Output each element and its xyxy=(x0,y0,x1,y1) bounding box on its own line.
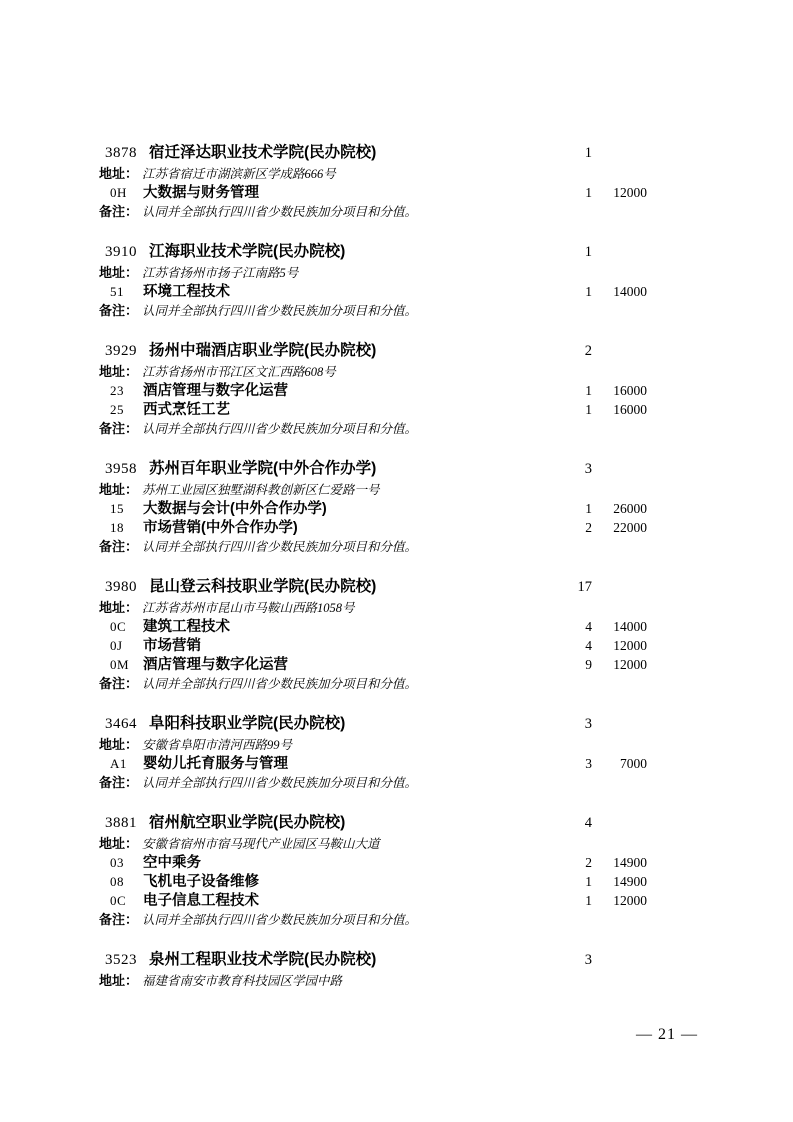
major-code: 0C xyxy=(110,617,132,636)
school-name: 昆山登云科技职业学院(民办院校) xyxy=(149,578,376,595)
note-row: 备注： 认同并全部执行四川省少数民族加分项目和分值。 xyxy=(99,537,647,556)
major-count: 1 xyxy=(552,400,592,419)
major-name: 建筑工程技术 xyxy=(143,619,230,635)
major-code: 15 xyxy=(110,499,132,518)
major-tuition: 12000 xyxy=(592,636,647,655)
major-count: 3 xyxy=(552,754,592,773)
school-block: 3878 宿迁泽达职业技术学院(民办院校) 1 地址： 江苏省宿迁市湖滨新区学成… xyxy=(99,142,647,221)
address-text: 苏州工业园区独墅湖科教创新区仁爱路一号 xyxy=(142,481,380,500)
school-block: 3464 阜阳科技职业学院(民办院校) 3 地址： 安徽省阜阳市清河西路99号 … xyxy=(99,713,647,792)
school-header-row: 3523 泉州工程职业技术学院(民办院校) 3 xyxy=(99,949,647,971)
major-tuition: 14900 xyxy=(592,853,647,872)
school-code: 3878 xyxy=(105,145,137,161)
note-text: 认同并全部执行四川省少数民族加分项目和分值。 xyxy=(142,675,417,694)
major-count: 1 xyxy=(552,499,592,518)
major-title: 0M 酒店管理与数字化运营 xyxy=(99,655,552,675)
address-label: 地址： xyxy=(99,735,138,754)
major-name: 市场营销 xyxy=(143,638,201,654)
major-count: 4 xyxy=(552,617,592,636)
address-label: 地址： xyxy=(99,971,138,990)
major-name: 环境工程技术 xyxy=(143,284,230,300)
address-text: 安徽省宿州市宿马现代产业园区马鞍山大道 xyxy=(142,835,380,854)
major-name: 飞机电子设备维修 xyxy=(143,874,259,890)
school-title: 3881 宿州航空职业学院(民办院校) xyxy=(99,812,552,834)
school-title: 3980 昆山登云科技职业学院(民办院校) xyxy=(99,576,552,598)
major-row: 08 飞机电子设备维修 1 14900 xyxy=(99,872,647,891)
address-row: 地址： 江苏省苏州市昆山市马鞍山西路1058号 xyxy=(99,598,647,617)
document-page: 3878 宿迁泽达职业技术学院(民办院校) 1 地址： 江苏省宿迁市湖滨新区学成… xyxy=(0,0,793,1122)
school-header-row: 3881 宿州航空职业学院(民办院校) 4 xyxy=(99,812,647,834)
major-count: 4 xyxy=(552,636,592,655)
major-tuition: 14000 xyxy=(592,617,647,636)
major-row: 0C 电子信息工程技术 1 12000 xyxy=(99,891,647,910)
major-tuition: 16000 xyxy=(592,400,647,419)
major-name: 电子信息工程技术 xyxy=(143,893,259,909)
address-row: 地址： 江苏省扬州市扬子江南路5号 xyxy=(99,263,647,282)
major-code: 18 xyxy=(110,518,132,537)
major-title: 23 酒店管理与数字化运营 xyxy=(99,381,552,401)
school-name: 扬州中瑞酒店职业学院(民办院校) xyxy=(149,342,376,359)
major-title: 0J 市场营销 xyxy=(99,636,552,656)
address-text: 江苏省扬州市邗江区文汇西路608号 xyxy=(142,363,336,382)
major-title: 25 西式烹饪工艺 xyxy=(99,400,552,420)
major-count: 1 xyxy=(552,872,592,891)
major-count: 2 xyxy=(552,518,592,537)
address-label: 地址： xyxy=(99,164,138,183)
school-plan-count: 3 xyxy=(552,458,592,480)
school-name: 江海职业技术学院(民办院校) xyxy=(149,243,345,260)
major-code: 08 xyxy=(110,872,132,891)
major-tuition: 14000 xyxy=(592,282,647,301)
major-list: A1 婴幼儿托育服务与管理 3 7000 xyxy=(99,754,647,773)
major-code: 51 xyxy=(110,282,132,301)
major-row: 51 环境工程技术 1 14000 xyxy=(99,282,647,301)
school-name: 泉州工程职业技术学院(民办院校) xyxy=(149,951,376,968)
major-code: 0H xyxy=(110,183,132,202)
major-row: 23 酒店管理与数字化运营 1 16000 xyxy=(99,381,647,400)
school-name: 宿迁泽达职业技术学院(民办院校) xyxy=(149,144,376,161)
school-block: 3910 江海职业技术学院(民办院校) 1 地址： 江苏省扬州市扬子江南路5号 … xyxy=(99,241,647,320)
address-row: 地址： 江苏省扬州市邗江区文汇西路608号 xyxy=(99,362,647,381)
major-code: 23 xyxy=(110,381,132,400)
note-row: 备注： 认同并全部执行四川省少数民族加分项目和分值。 xyxy=(99,910,647,929)
school-title: 3910 江海职业技术学院(民办院校) xyxy=(99,241,552,263)
school-plan-count: 1 xyxy=(552,241,592,263)
major-row: 0M 酒店管理与数字化运营 9 12000 xyxy=(99,655,647,674)
address-text: 江苏省扬州市扬子江南路5号 xyxy=(142,264,298,283)
major-row: 15 大数据与会计(中外合作办学) 1 26000 xyxy=(99,499,647,518)
major-tuition: 12000 xyxy=(592,891,647,910)
major-title: 0C 电子信息工程技术 xyxy=(99,891,552,911)
major-code: 0C xyxy=(110,891,132,910)
note-text: 认同并全部执行四川省少数民族加分项目和分值。 xyxy=(142,203,417,222)
school-code: 3958 xyxy=(105,461,137,477)
note-label: 备注： xyxy=(99,674,138,693)
school-title: 3523 泉州工程职业技术学院(民办院校) xyxy=(99,949,552,971)
address-label: 地址： xyxy=(99,480,138,499)
school-header-row: 3980 昆山登云科技职业学院(民办院校) 17 xyxy=(99,576,647,598)
school-header-row: 3958 苏州百年职业学院(中外合作办学) 3 xyxy=(99,458,647,480)
address-label: 地址： xyxy=(99,834,138,853)
major-name: 婴幼儿托育服务与管理 xyxy=(143,756,288,772)
note-label: 备注： xyxy=(99,910,138,929)
major-row: 25 西式烹饪工艺 1 16000 xyxy=(99,400,647,419)
page-footer: — 21 — xyxy=(636,1026,698,1044)
address-text: 江苏省宿迁市湖滨新区学成路666号 xyxy=(142,165,336,184)
major-list: 23 酒店管理与数字化运营 1 16000 25 西式烹饪工艺 1 16000 xyxy=(99,381,647,419)
address-label: 地址： xyxy=(99,598,138,617)
major-list: 15 大数据与会计(中外合作办学) 1 26000 18 市场营销(中外合作办学… xyxy=(99,499,647,537)
note-label: 备注： xyxy=(99,202,138,221)
note-row: 备注： 认同并全部执行四川省少数民族加分项目和分值。 xyxy=(99,202,647,221)
major-title: 15 大数据与会计(中外合作办学) xyxy=(99,499,552,519)
major-count: 1 xyxy=(552,891,592,910)
major-count: 2 xyxy=(552,853,592,872)
school-block: 3881 宿州航空职业学院(民办院校) 4 地址： 安徽省宿州市宿马现代产业园区… xyxy=(99,812,647,929)
school-plan-count: 3 xyxy=(552,949,592,971)
major-code: 25 xyxy=(110,400,132,419)
school-block: 3523 泉州工程职业技术学院(民办院校) 3 地址： 福建省南安市教育科技园区… xyxy=(99,949,647,990)
school-name: 阜阳科技职业学院(民办院校) xyxy=(149,715,345,732)
note-row: 备注： 认同并全部执行四川省少数民族加分项目和分值。 xyxy=(99,773,647,792)
school-header-row: 3878 宿迁泽达职业技术学院(民办院校) 1 xyxy=(99,142,647,164)
address-row: 地址： 福建省南安市教育科技园区学园中路 xyxy=(99,971,647,990)
school-block: 3929 扬州中瑞酒店职业学院(民办院校) 2 地址： 江苏省扬州市邗江区文汇西… xyxy=(99,340,647,438)
school-code: 3980 xyxy=(105,579,137,595)
major-count: 1 xyxy=(552,282,592,301)
school-plan-count: 2 xyxy=(552,340,592,362)
major-tuition: 12000 xyxy=(592,655,647,674)
major-title: A1 婴幼儿托育服务与管理 xyxy=(99,754,552,774)
note-text: 认同并全部执行四川省少数民族加分项目和分值。 xyxy=(142,774,417,793)
major-row: 0J 市场营销 4 12000 xyxy=(99,636,647,655)
major-list: 0C 建筑工程技术 4 14000 0J 市场营销 4 12000 0M 酒店管… xyxy=(99,617,647,674)
note-row: 备注： 认同并全部执行四川省少数民族加分项目和分值。 xyxy=(99,419,647,438)
major-row: 18 市场营销(中外合作办学) 2 22000 xyxy=(99,518,647,537)
major-name: 空中乘务 xyxy=(143,855,201,871)
school-block: 3980 昆山登云科技职业学院(民办院校) 17 地址： 江苏省苏州市昆山市马鞍… xyxy=(99,576,647,693)
school-code: 3464 xyxy=(105,716,137,732)
major-name: 大数据与会计(中外合作办学) xyxy=(143,501,327,517)
address-row: 地址： 江苏省宿迁市湖滨新区学成路666号 xyxy=(99,164,647,183)
note-label: 备注： xyxy=(99,419,138,438)
major-name: 大数据与财务管理 xyxy=(143,185,259,201)
major-tuition: 22000 xyxy=(592,518,647,537)
school-code: 3881 xyxy=(105,815,137,831)
note-text: 认同并全部执行四川省少数民族加分项目和分值。 xyxy=(142,302,417,321)
major-code: 03 xyxy=(110,853,132,872)
school-header-row: 3929 扬州中瑞酒店职业学院(民办院校) 2 xyxy=(99,340,647,362)
major-row: 03 空中乘务 2 14900 xyxy=(99,853,647,872)
major-list: 51 环境工程技术 1 14000 xyxy=(99,282,647,301)
major-list: 03 空中乘务 2 14900 08 飞机电子设备维修 1 14900 0C 电… xyxy=(99,853,647,910)
school-header-row: 3464 阜阳科技职业学院(民办院校) 3 xyxy=(99,713,647,735)
school-header-row: 3910 江海职业技术学院(民办院校) 1 xyxy=(99,241,647,263)
school-name: 宿州航空职业学院(民办院校) xyxy=(149,814,345,831)
address-row: 地址： 安徽省阜阳市清河西路99号 xyxy=(99,735,647,754)
major-count: 1 xyxy=(552,381,592,400)
major-name: 酒店管理与数字化运营 xyxy=(143,383,288,399)
note-row: 备注： 认同并全部执行四川省少数民族加分项目和分值。 xyxy=(99,674,647,693)
major-title: 08 飞机电子设备维修 xyxy=(99,872,552,892)
major-name: 市场营销(中外合作办学) xyxy=(143,520,298,536)
school-code: 3910 xyxy=(105,244,137,260)
major-list: 0H 大数据与财务管理 1 12000 xyxy=(99,183,647,202)
major-code: A1 xyxy=(110,754,132,773)
major-tuition: 26000 xyxy=(592,499,647,518)
major-tuition: 12000 xyxy=(592,183,647,202)
major-name: 酒店管理与数字化运营 xyxy=(143,657,288,673)
school-plan-count: 3 xyxy=(552,713,592,735)
address-text: 福建省南安市教育科技园区学园中路 xyxy=(142,972,342,991)
major-row: 0C 建筑工程技术 4 14000 xyxy=(99,617,647,636)
major-title: 18 市场营销(中外合作办学) xyxy=(99,518,552,538)
school-title: 3958 苏州百年职业学院(中外合作办学) xyxy=(99,458,552,480)
address-label: 地址： xyxy=(99,263,138,282)
school-code: 3929 xyxy=(105,343,137,359)
school-title: 3929 扬州中瑞酒店职业学院(民办院校) xyxy=(99,340,552,362)
school-list: 3878 宿迁泽达职业技术学院(民办院校) 1 地址： 江苏省宿迁市湖滨新区学成… xyxy=(99,142,647,1010)
address-label: 地址： xyxy=(99,362,138,381)
school-name: 苏州百年职业学院(中外合作办学) xyxy=(149,460,376,477)
major-name: 西式烹饪工艺 xyxy=(143,402,230,418)
school-plan-count: 1 xyxy=(552,142,592,164)
note-row: 备注： 认同并全部执行四川省少数民族加分项目和分值。 xyxy=(99,301,647,320)
major-tuition: 14900 xyxy=(592,872,647,891)
major-count: 1 xyxy=(552,183,592,202)
major-title: 51 环境工程技术 xyxy=(99,282,552,302)
major-count: 9 xyxy=(552,655,592,674)
school-title: 3878 宿迁泽达职业技术学院(民办院校) xyxy=(99,142,552,164)
address-text: 安徽省阜阳市清河西路99号 xyxy=(142,736,292,755)
school-code: 3523 xyxy=(105,952,137,968)
address-row: 地址： 安徽省宿州市宿马现代产业园区马鞍山大道 xyxy=(99,834,647,853)
note-label: 备注： xyxy=(99,537,138,556)
major-code: 0M xyxy=(110,655,132,674)
note-text: 认同并全部执行四川省少数民族加分项目和分值。 xyxy=(142,538,417,557)
address-row: 地址： 苏州工业园区独墅湖科教创新区仁爱路一号 xyxy=(99,480,647,499)
major-title: 03 空中乘务 xyxy=(99,853,552,873)
school-block: 3958 苏州百年职业学院(中外合作办学) 3 地址： 苏州工业园区独墅湖科教创… xyxy=(99,458,647,556)
major-row: A1 婴幼儿托育服务与管理 3 7000 xyxy=(99,754,647,773)
major-title: 0H 大数据与财务管理 xyxy=(99,183,552,203)
major-tuition: 7000 xyxy=(592,754,647,773)
page-number: — 21 — xyxy=(636,1026,698,1043)
note-text: 认同并全部执行四川省少数民族加分项目和分值。 xyxy=(142,911,417,930)
major-tuition: 16000 xyxy=(592,381,647,400)
major-title: 0C 建筑工程技术 xyxy=(99,617,552,637)
school-plan-count: 4 xyxy=(552,812,592,834)
note-label: 备注： xyxy=(99,773,138,792)
note-text: 认同并全部执行四川省少数民族加分项目和分值。 xyxy=(142,420,417,439)
major-code: 0J xyxy=(110,636,132,655)
school-title: 3464 阜阳科技职业学院(民办院校) xyxy=(99,713,552,735)
address-text: 江苏省苏州市昆山市马鞍山西路1058号 xyxy=(142,599,355,618)
note-label: 备注： xyxy=(99,301,138,320)
school-plan-count: 17 xyxy=(552,576,592,598)
major-row: 0H 大数据与财务管理 1 12000 xyxy=(99,183,647,202)
